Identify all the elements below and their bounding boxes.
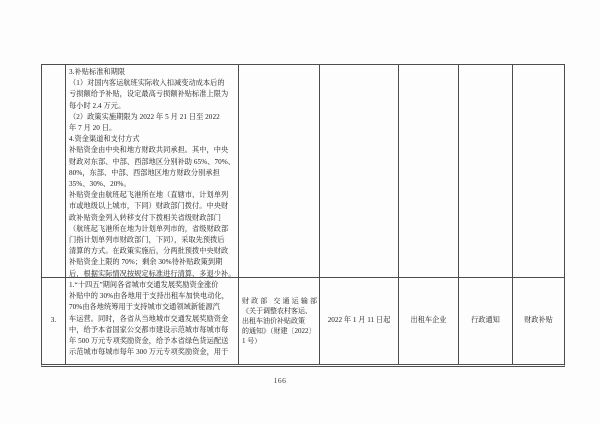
row2-index-cell: 3. [42, 278, 66, 364]
page-number: 166 [0, 376, 560, 385]
row1-policy-content-cell: 3.补贴标准和期限（1）对国内客运航班实际收入扣减变动成本后的亏损额给予补贴，设… [66, 65, 239, 278]
row1-policy-doc-cell [239, 65, 320, 278]
row2-target-cell: 出租车企业 [399, 278, 459, 364]
row2-policy-doc-text: 财政部 交通运输部《关于调整农村客运、出租车油价补贴政策的通知》（财建〔2022… [239, 296, 319, 346]
row2-start-date: 2022 年 1 月 11 日起 [328, 315, 391, 326]
row1-policy-content-text: 3.补贴标准和期限（1）对国内客运航班实际收入扣减变动成本后的亏损额给予补贴，设… [66, 65, 238, 278]
row1-target-cell [399, 65, 459, 278]
row2-support-type: 财政补贴 [524, 315, 553, 326]
scanned-document-page: 3.补贴标准和期限（1）对国内客运航班实际收入扣减变动成本后的亏损额给予补贴，设… [0, 0, 600, 424]
row2-support-type-cell: 财政补贴 [513, 278, 564, 364]
row2-policy-content-text: 1.“十四五”期间各省城市交通发展奖励资金涨价补贴中的 30%由各地用于支持出租… [66, 278, 238, 358]
row1-start-date-cell [320, 65, 399, 278]
row1-measure-type-cell [459, 65, 513, 278]
row2-policy-doc-cell: 财政部 交通运输部《关于调整农村客运、出租车油价补贴政策的通知》（财建〔2022… [239, 278, 320, 364]
row1-index-cell [42, 65, 66, 278]
row2-index: 3. [51, 315, 56, 326]
row2-start-date-cell: 2022 年 1 月 11 日起 [320, 278, 399, 364]
subsidy-policy-table: 3.补贴标准和期限（1）对国内客运航班实际收入扣减变动成本后的亏损额给予补贴，设… [41, 64, 565, 367]
row2-policy-content-cell: 1.“十四五”期间各省城市交通发展奖励资金涨价补贴中的 30%由各地用于支持出租… [66, 278, 239, 364]
row2-measure-type-cell: 行政通知 [459, 278, 513, 364]
row2-target: 出租车企业 [411, 315, 447, 326]
row2-measure-type: 行政通知 [471, 315, 500, 326]
row1-support-type-cell [513, 65, 564, 278]
